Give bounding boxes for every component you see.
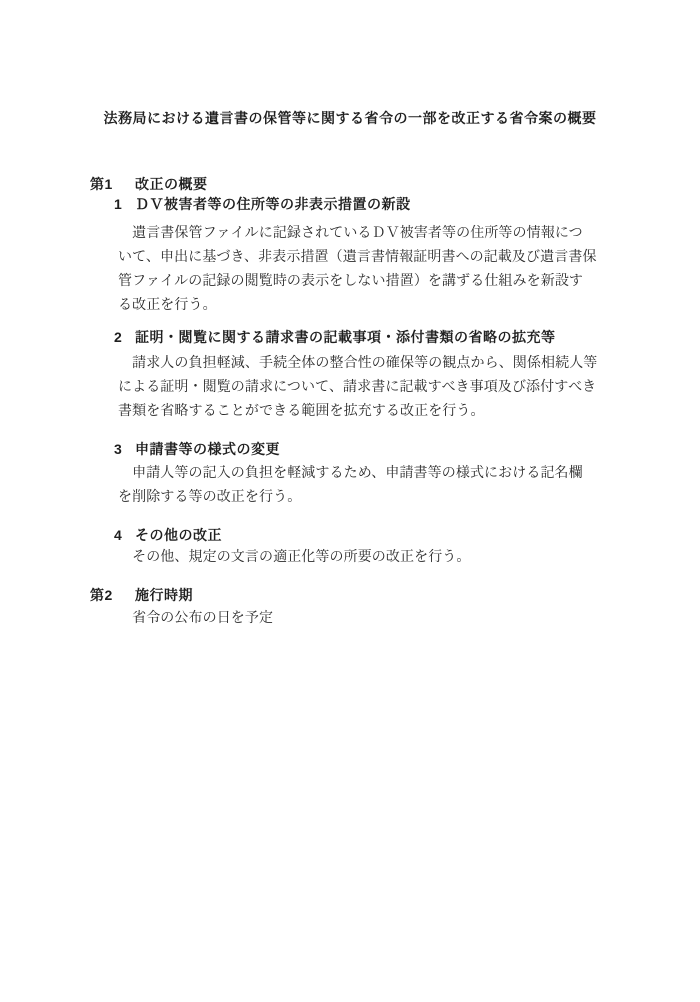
item-2-heading: 証明・閲覧に関する請求書の記載事項・添付書類の省略の拡充等 [135,327,556,347]
part2-heading: 施行時期 [135,585,193,605]
item-3-heading: 申請書等の様式の変更 [135,439,280,459]
item-3-number: 3 [114,439,122,459]
part1-label: 第1 [90,174,113,194]
part2-body: 省令の公布の日を予定 [118,607,600,631]
item-3-body: 申請人等の記入の負担を軽減するため、申請書等の様式における記名欄 を削除する等の… [118,462,600,510]
document-page: 法務局における遺言書の保管等に関する省令の一部を改正する省令案の概要 第1 改正… [0,0,700,1002]
part2-heading-row: 第2 施行時期 [0,585,700,605]
item-4-heading: その他の改正 [135,525,222,545]
item-4-body: その他、規定の文言の適正化等の所要の改正を行う。 [118,546,600,570]
item-4-heading-row: 4 その他の改正 [0,525,700,545]
item-2-body: 請求人の負担軽減、手続全体の整合性の確保等の観点から、関係相続人等 による証明・… [118,352,600,424]
item-2-heading-row: 2 証明・閲覧に関する請求書の記載事項・添付書類の省略の拡充等 [0,327,700,347]
part1-heading: 改正の概要 [135,174,208,194]
part1-heading-row: 第1 改正の概要 [0,174,700,194]
item-1-number: 1 [114,194,122,214]
item-1-body: 遺言書保管ファイルに記録されているＤＶ被害者等の住所等の情報につ いて、申出に基… [118,222,600,318]
part2-label: 第2 [90,585,113,605]
item-2-number: 2 [114,327,122,347]
document-title: 法務局における遺言書の保管等に関する省令の一部を改正する省令案の概要 [0,108,700,128]
item-1-heading-row: 1 ＤＶ被害者等の住所等の非表示措置の新設 [0,194,700,214]
item-3-heading-row: 3 申請書等の様式の変更 [0,439,700,459]
item-1-heading: ＤＶ被害者等の住所等の非表示措置の新設 [135,194,411,214]
item-4-number: 4 [114,525,122,545]
